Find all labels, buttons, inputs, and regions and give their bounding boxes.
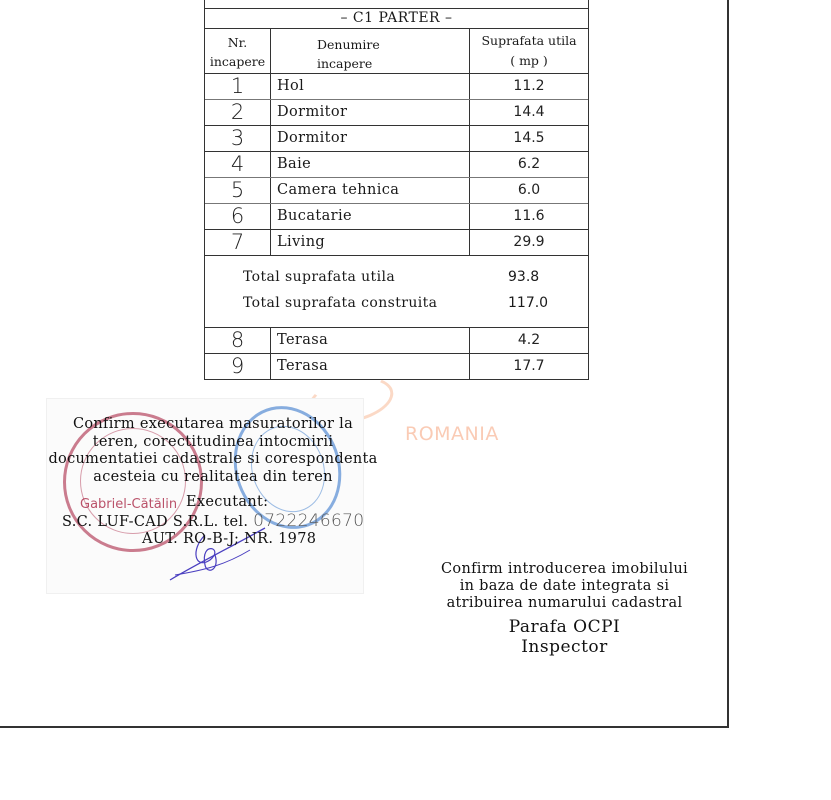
cell-nr: 3 (205, 126, 271, 151)
cell-name: Bucatarie (271, 204, 470, 229)
cell-name: Baie (271, 152, 470, 177)
rooms-body: 1Hol11.22Dormitor14.43Dormitor14.54Baie6… (205, 74, 588, 256)
cell-name: Terasa (271, 328, 470, 353)
table-row: 3Dormitor14.5 (205, 126, 588, 152)
confirm-line: atribuirea numarului cadastral (412, 595, 717, 612)
authorization-number: AUT. RO-B-J; NR. 1978 (142, 531, 316, 547)
cell-name: Living (271, 230, 470, 255)
cell-nr: 6 (205, 204, 271, 229)
header-area-line2: ( mp ) (470, 51, 588, 71)
table-header-row: Nr. incapere Denumire incapere Suprafata… (205, 29, 588, 74)
table-row: 6Bucatarie11.6 (205, 204, 588, 230)
cell-nr: 5 (205, 178, 271, 203)
total-useful-value: 93.8 (508, 269, 539, 285)
header-name-line2: incapere (317, 54, 469, 73)
table-top-row (205, 0, 588, 9)
firm-name: S.C. LUF-CAD S.R.L. tel. (62, 514, 248, 530)
confirm-line: documentatiei cadastrale si corespondent… (10, 451, 416, 469)
extra-rooms-body: 8Terasa4.29Terasa17.7 (205, 328, 588, 380)
section-title: – C1 PARTER – (205, 9, 588, 29)
header-nr-line2: incapere (205, 52, 270, 71)
confirm-line: in baza de date integrata si (412, 578, 717, 595)
cell-nr: 1 (205, 74, 271, 99)
watermark-text: ROMANIA (405, 423, 499, 445)
confirm-line: Confirm introducerea imobilului (412, 561, 717, 578)
table-row: 4Baie6.2 (205, 152, 588, 178)
total-built-value: 117.0 (508, 295, 548, 311)
cell-nr: 2 (205, 100, 271, 125)
cell-name: Hol (271, 74, 470, 99)
cell-area: 11.6 (470, 204, 588, 229)
cell-nr: 8 (205, 328, 271, 353)
stamp-name: Gabriel-Cătălin (80, 497, 177, 512)
ocpi-inspector: Inspector (412, 637, 717, 657)
confirm-line: Confirm executarea masuratorilor la (10, 416, 416, 434)
executant-confirmation: Confirm executarea masuratorilor la tere… (10, 416, 416, 486)
totals-block: Total suprafata utila 93.8 Total suprafa… (205, 256, 588, 328)
cell-name: Terasa (271, 354, 470, 379)
room-areas-table: – C1 PARTER – Nr. incapere Denumire inca… (204, 0, 589, 380)
cell-area: 14.4 (470, 100, 588, 125)
confirm-line: teren, corectitudinea intocmirii (10, 434, 416, 452)
header-name: Denumire incapere (271, 29, 470, 73)
header-nr-line1: Nr. (205, 33, 270, 52)
header-area-line1: Suprafata utila (470, 31, 588, 51)
total-built-label: Total suprafata construita (243, 295, 437, 311)
cell-area: 11.2 (470, 74, 588, 99)
cell-name: Dormitor (271, 126, 470, 151)
cell-area: 17.7 (470, 354, 588, 379)
cell-nr: 9 (205, 354, 271, 379)
cell-nr: 4 (205, 152, 271, 177)
firm-line: S.C. LUF-CAD S.R.L. tel. 0722246670 (62, 511, 364, 531)
phone-number: 0722246670 (253, 511, 364, 531)
cell-nr: 7 (205, 230, 271, 255)
header-nr: Nr. incapere (205, 29, 271, 73)
ocpi-parafa: Parafa OCPI (412, 617, 717, 637)
ocpi-confirmation: Confirm introducerea imobilului in baza … (412, 561, 717, 612)
table-row: 1Hol11.2 (205, 74, 588, 100)
cell-name: Camera tehnica (271, 178, 470, 203)
cell-area: 4.2 (470, 328, 588, 353)
cell-area: 14.5 (470, 126, 588, 151)
cell-area: 6.0 (470, 178, 588, 203)
table-row: 2Dormitor14.4 (205, 100, 588, 126)
table-row: 9Terasa17.7 (205, 354, 588, 380)
cell-name: Dormitor (271, 100, 470, 125)
table-row: 7Living29.9 (205, 230, 588, 256)
cell-area: 29.9 (470, 230, 588, 255)
table-row: 8Terasa4.2 (205, 328, 588, 354)
header-name-line1: Denumire (317, 35, 469, 54)
cell-area: 6.2 (470, 152, 588, 177)
table-row: 5Camera tehnica6.0 (205, 178, 588, 204)
executant-label: Executant: (186, 494, 268, 510)
total-useful-label: Total suprafata utila (243, 269, 395, 285)
confirm-line: acesteia cu realitatea din teren (10, 469, 416, 487)
header-area: Suprafata utila ( mp ) (470, 29, 588, 73)
